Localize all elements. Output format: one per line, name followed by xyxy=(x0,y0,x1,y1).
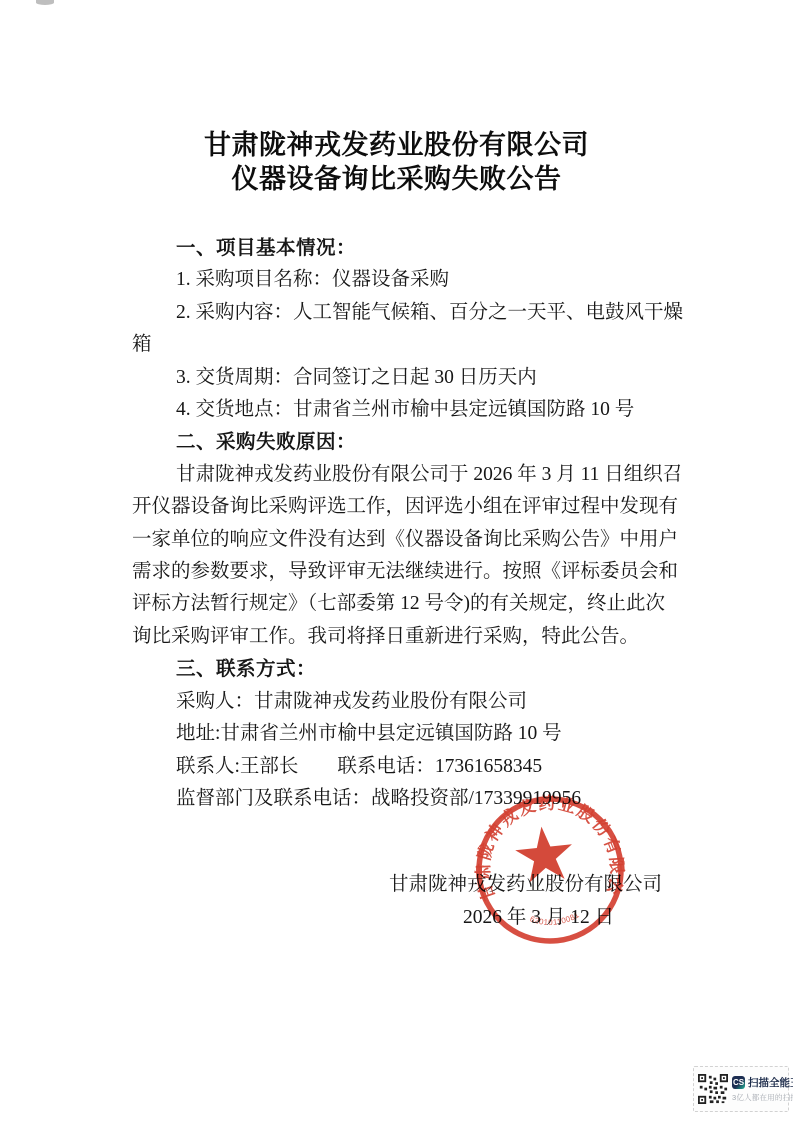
watermark-app-name: 扫描全能王 xyxy=(748,1075,793,1090)
document-line: 评标方法暂行规定》（七部委第 12 号令)的有关规定，终止此次 xyxy=(132,588,680,620)
document-line: 2. 采购内容：人工智能气候箱、百分之一天平、电鼓风干燥 xyxy=(132,297,680,329)
document-title: 甘肃陇神戎发药业股份有限公司 仪器设备询比采购失败公告 xyxy=(0,0,793,196)
document-section-heading: 二、采购失败原因： xyxy=(132,426,680,458)
scanned-document-page: 甘肃陇神戎发药业股份有限公司 仪器设备询比采购失败公告 一、项目基本情况：1. … xyxy=(0,0,793,1122)
signature-company: 甘肃陇神戎发药业股份有限公司 xyxy=(389,868,662,896)
signature-date: 2026 年 3 月 12 日 xyxy=(463,901,614,929)
document-line: 需求的参数要求，导致评审无法继续进行。按照《评标委员会和 xyxy=(132,556,680,588)
document-line: 4. 交货地点：甘肃省兰州市榆中县定远镇国防路 10 号 xyxy=(132,394,680,426)
document-title-line-1: 甘肃陇神戎发药业股份有限公司 xyxy=(0,128,793,162)
camscanner-logo-icon: CS xyxy=(732,1076,745,1089)
document-line: 甘肃陇神戎发药业股份有限公司于 2026 年 3 月 11 日组织召 xyxy=(132,459,680,491)
document-line: 开仪器设备询比采购评选工作，因评选小组在评审过程中发现有 xyxy=(132,491,680,523)
scan-artifact xyxy=(36,0,54,5)
document-line: 联系人:王部长 联系电话：17361658345 xyxy=(132,751,680,783)
document-line: 箱 xyxy=(132,329,680,361)
camscanner-watermark-badge: CS 扫描全能王 3亿人都在用的扫描App xyxy=(693,1066,789,1112)
document-line: 1. 采购项目名称：仪器设备采购 xyxy=(132,264,680,296)
document-section-heading: 一、项目基本情况： xyxy=(132,232,680,264)
document-line: 一家单位的响应文件没有达到《仪器设备询比采购公告》中用户 xyxy=(132,524,680,556)
document-body: 一、项目基本情况：1. 采购项目名称：仪器设备采购2. 采购内容：人工智能气候箱… xyxy=(132,232,680,815)
document-line: 采购人：甘肃陇神戎发药业股份有限公司 xyxy=(132,686,680,718)
document-line: 询比采购评审工作。我司将择日重新进行采购，特此公告。 xyxy=(132,621,680,653)
qr-code-icon xyxy=(698,1074,728,1104)
document-line: 地址:甘肃省兰州市榆中县定远镇国防路 10 号 xyxy=(132,718,680,750)
document-title-line-2: 仪器设备询比采购失败公告 xyxy=(0,162,793,196)
watermark-tagline: 3亿人都在用的扫描App xyxy=(732,1092,784,1103)
document-line: 3. 交货周期：合同签订之日起 30 日历天内 xyxy=(132,362,680,394)
document-section-heading: 三、联系方式： xyxy=(132,653,680,685)
document-line: 监督部门及联系电话：战略投资部/17339919956 xyxy=(132,783,680,815)
